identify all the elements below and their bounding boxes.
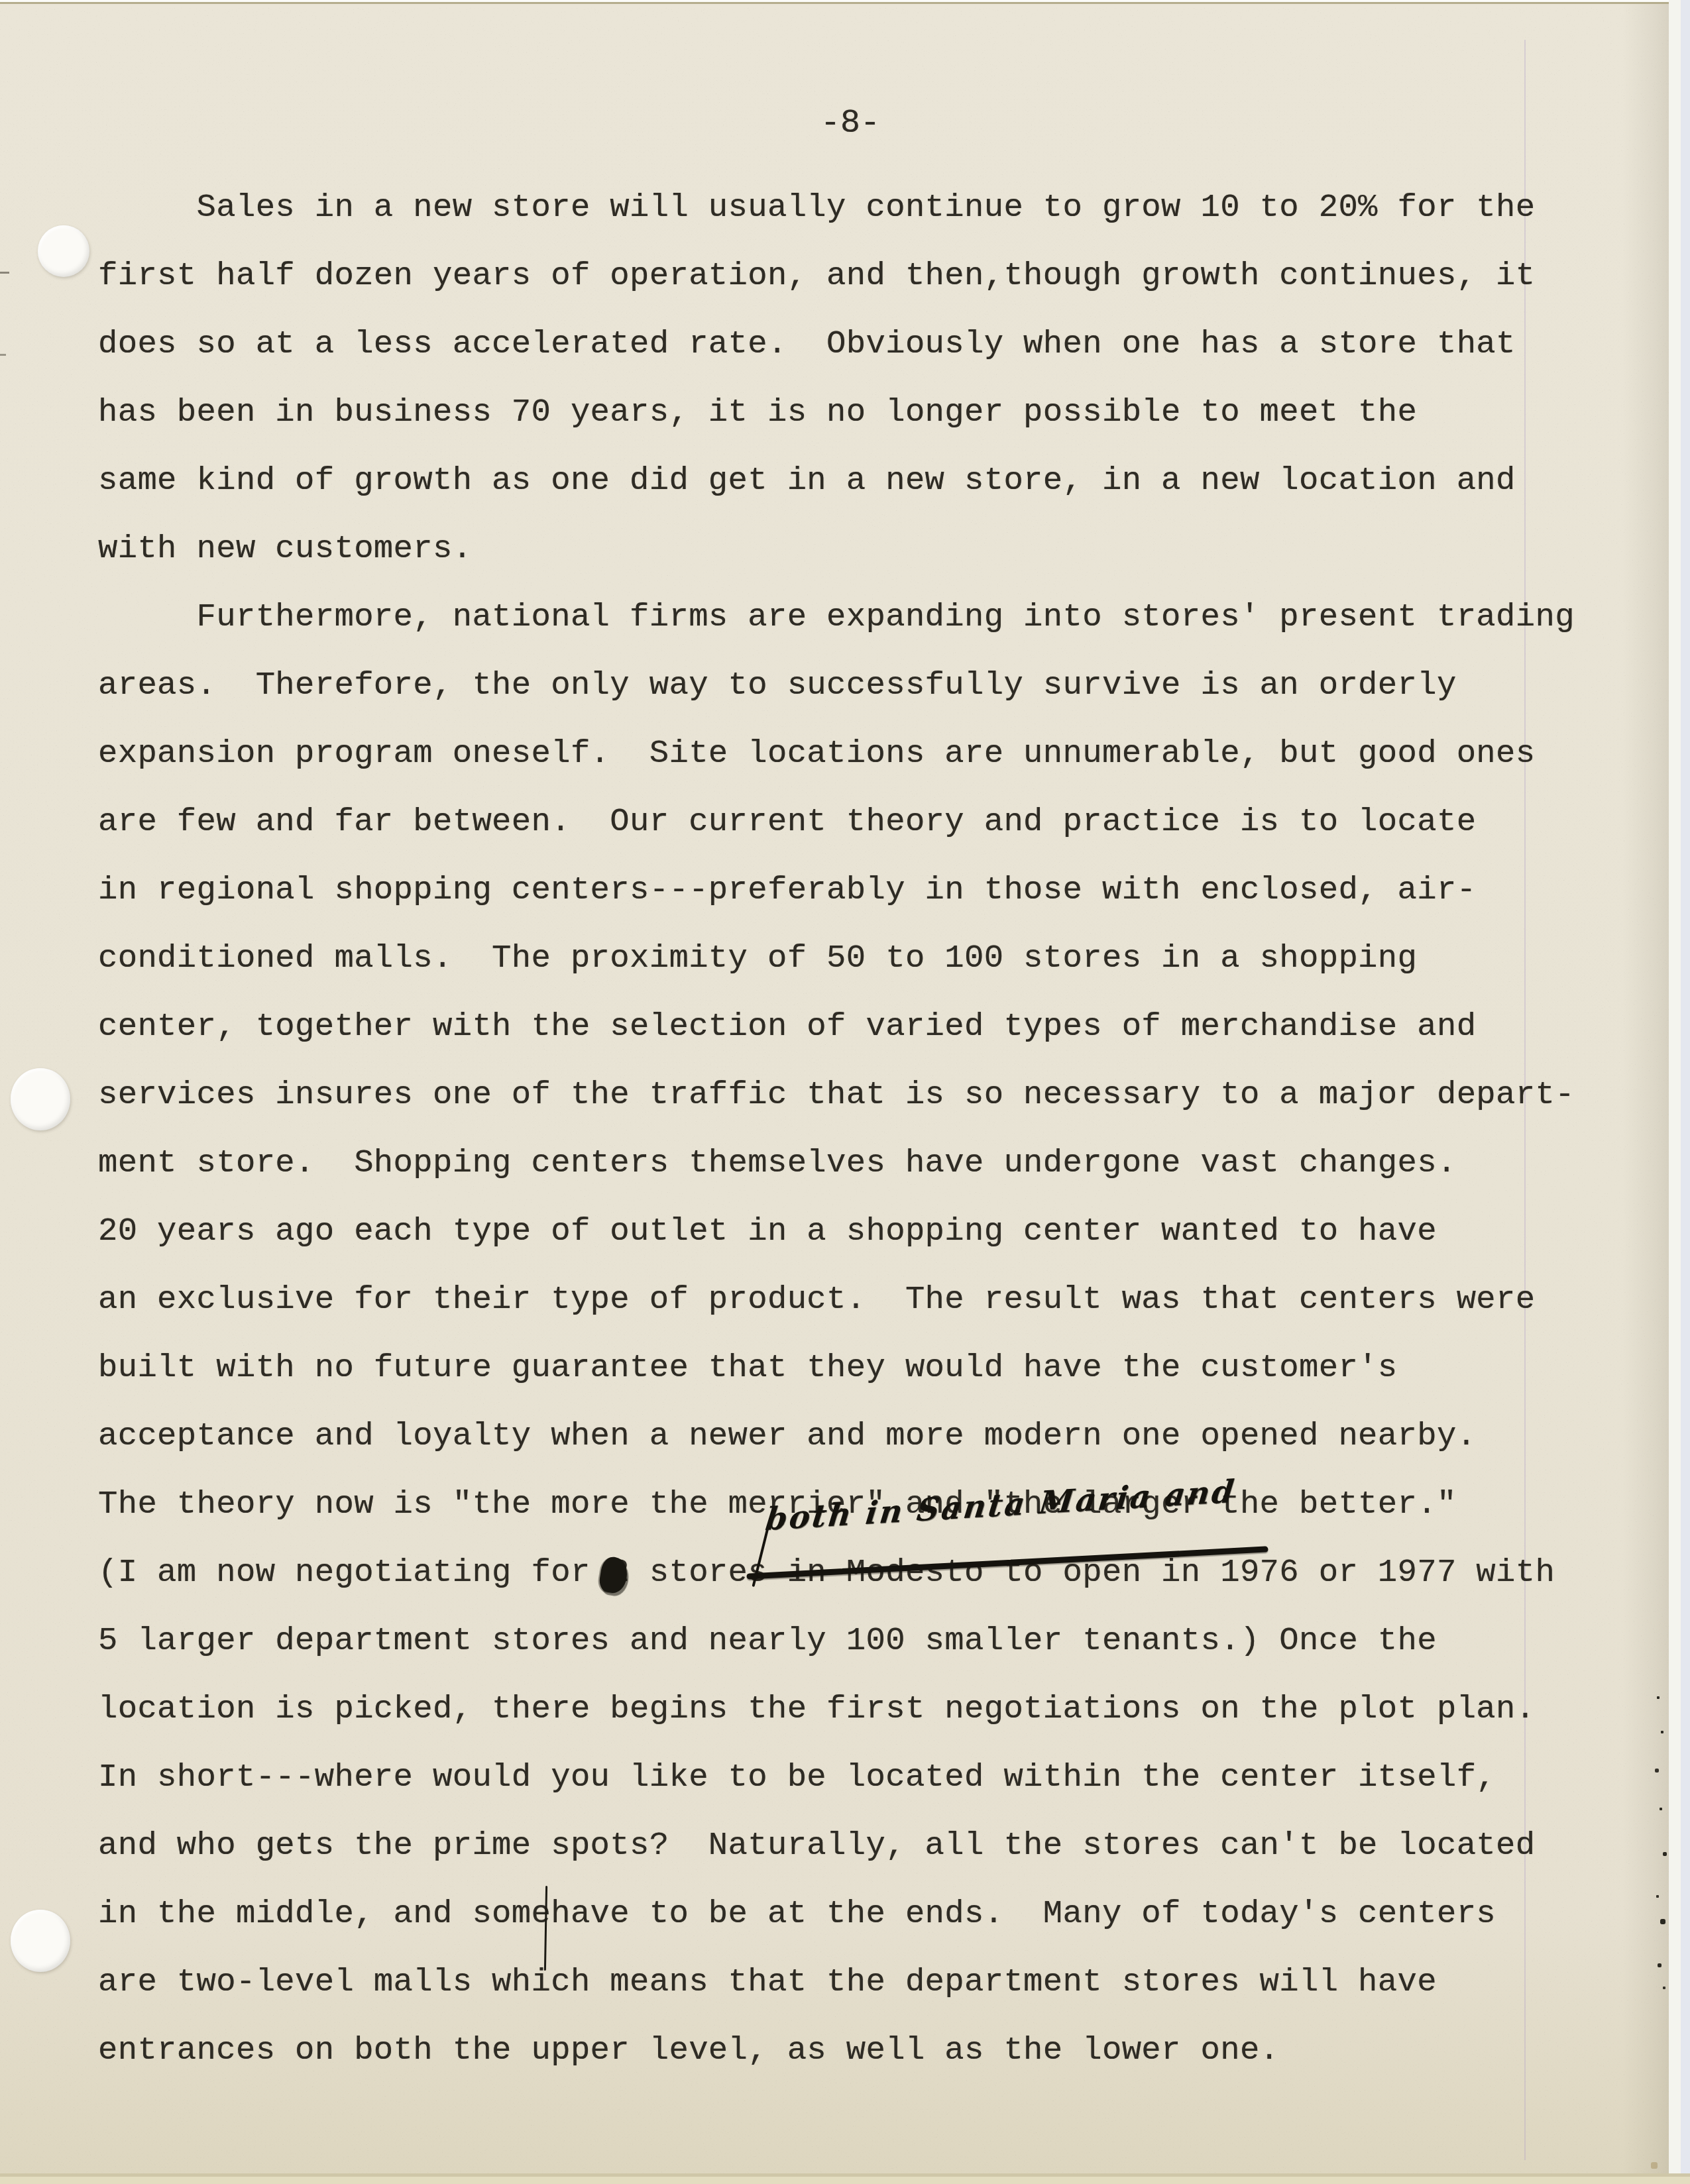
text-line: entrances on both the upper level, as we… [98, 2016, 1622, 2085]
text-line: ment store. Shopping centers themselves … [98, 1129, 1622, 1197]
text-line: 20 years ago each type of outlet in a sh… [98, 1197, 1622, 1266]
text-line: and who gets the prime spots? Naturally,… [98, 1812, 1622, 1880]
text-line: does so at a less accelerated rate. Obvi… [98, 310, 1622, 378]
scan-edge-right [1669, 0, 1690, 2184]
text-line: in the middle, and somehave to be at the… [98, 1880, 1622, 1948]
hole-punch [11, 1068, 70, 1130]
text-line: an exclusive for their type of product. … [98, 1266, 1622, 1334]
text-line: built with no future guarantee that they… [98, 1334, 1622, 1402]
scan-edge-bottom [0, 2173, 1690, 2184]
text-line: has been in business 70 years, it is no … [98, 378, 1622, 447]
text-line: in regional shopping centers---preferabl… [98, 856, 1622, 924]
text-line: same kind of growth as one did get in a … [98, 447, 1622, 515]
text-line: conditioned malls. The proximity of 50 t… [98, 924, 1622, 993]
text-line: Furthermore, national firms are expandin… [98, 583, 1622, 651]
page-number: -8- [820, 105, 880, 142]
text-line: are two-level malls which means that the… [98, 1948, 1622, 2016]
text-line: with new customers. [98, 515, 1622, 583]
right-edge-shading [1622, 4, 1669, 2173]
scanned-document-page: { "document": { "page_number": "-8-", "l… [0, 0, 1690, 2184]
text-line: services insures one of the traffic that… [98, 1061, 1622, 1129]
text-line: first half dozen years of operation, and… [98, 242, 1622, 310]
text-line: Sales in a new store will usually contin… [98, 174, 1622, 242]
text-line: 5 larger department stores and nearly 10… [98, 1607, 1622, 1675]
scan-edge-top [0, 0, 1690, 4]
text-line: In short---where would you like to be lo… [98, 1743, 1622, 1812]
text-line: location is picked, there begins the fir… [98, 1675, 1622, 1743]
text-line: center, together with the selection of v… [98, 993, 1622, 1061]
text-line: acceptance and loyalty when a newer and … [98, 1402, 1622, 1470]
text-line: areas. Therefore, the only way to succes… [98, 651, 1622, 720]
hole-punch [11, 1910, 70, 1972]
text-line: expansion program oneself. Site location… [98, 720, 1622, 788]
text-line: are few and far between. Our current the… [98, 788, 1622, 856]
hole-punch [38, 225, 89, 277]
scan-artifact-dashes [0, 272, 9, 274]
text-body: Sales in a new store will usually contin… [98, 174, 1622, 2085]
scan-artifact-specks [1657, 1696, 1660, 1699]
